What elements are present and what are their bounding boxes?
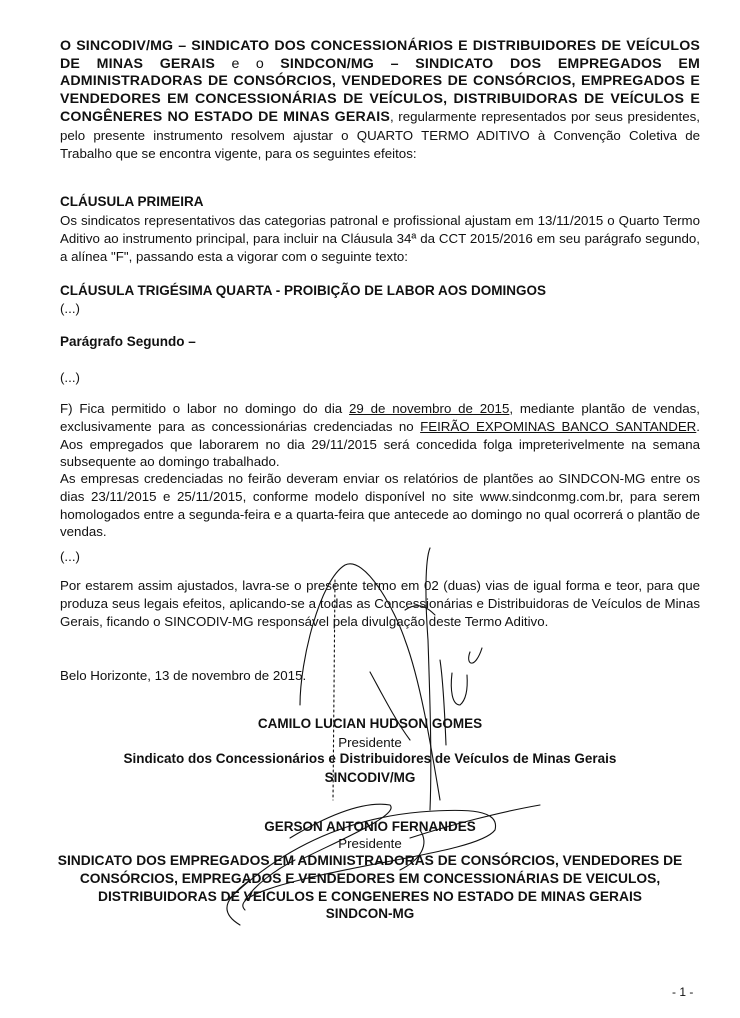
- reports-paragraph: As empresas credenciadas no feirão dever…: [60, 470, 700, 541]
- item-f-text-1: F) Fica permitido o labor no domingo do …: [60, 401, 349, 416]
- ellipsis-3: (...): [60, 548, 700, 566]
- sunday-date: 29 de novembro de 2015: [349, 401, 509, 416]
- signatory-1-org: Sindicato dos Concessionários e Distribu…: [40, 751, 700, 766]
- signatory-2-name: GERSON ANTONIO FERNANDES: [40, 819, 700, 834]
- clause-1-text: Os sindicatos representativos das catego…: [60, 212, 700, 265]
- closing-paragraph: Por estarem assim ajustados, lavra-se o …: [60, 577, 700, 630]
- item-f: F) Fica permitido o labor no domingo do …: [60, 400, 700, 471]
- ellipsis-2: (...): [60, 369, 700, 387]
- signatory-2-role: Presidente: [40, 835, 700, 853]
- signatory-1-acronym: SINCODIV/MG: [40, 770, 700, 785]
- paragraph-title: Parágrafo Segundo –: [60, 334, 700, 349]
- event-name: FEIRÃO EXPOMINAS BANCO SANTANDER: [420, 419, 696, 434]
- signatory-1-role: Presidente: [40, 734, 700, 752]
- signatory-1-name: CAMILO LUCIAN HUDSON GOMES: [40, 716, 700, 731]
- clause-1-title: CLÁUSULA PRIMEIRA: [60, 194, 700, 209]
- ellipsis-1: (...): [60, 300, 700, 318]
- document-page: O SINCODIV/MG – SINDICATO DOS CONCESSION…: [0, 0, 740, 1018]
- clause-34-title: CLÁUSULA TRIGÉSIMA QUARTA - PROIBIÇÃO DE…: [60, 283, 700, 298]
- conjunction: e o: [215, 56, 280, 72]
- signatory-2-org-line-1: SINDICATO DOS EMPREGADOS EM ADMINISTRADO…: [40, 853, 700, 868]
- page-number: - 1 -: [672, 985, 693, 999]
- signatory-2-org-line-2: CONSÓRCIOS, EMPREGADOS E VENDEDORES EM C…: [40, 871, 700, 886]
- preamble: O SINCODIV/MG – SINDICATO DOS CONCESSION…: [60, 38, 700, 164]
- signatory-2-org-line-3: DISTRIBUIDORAS DE VEICULOS E CONGENERES …: [40, 889, 700, 904]
- place-date: Belo Horizonte, 13 de novembro de 2015.: [60, 667, 700, 685]
- signatory-2-acronym: SINDCON-MG: [40, 906, 700, 921]
- signature-1-stroke: [469, 648, 482, 663]
